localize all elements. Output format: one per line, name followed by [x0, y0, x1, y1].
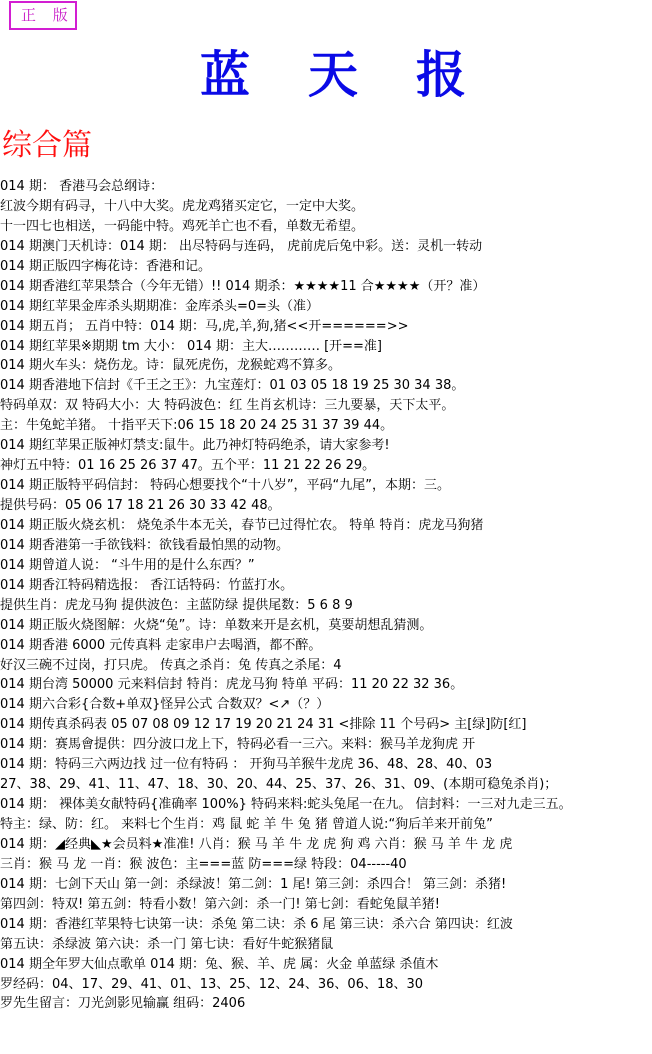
text-line: 27、38、29、41、11、47、18、30、20、44、25、37、26、3…: [0, 775, 652, 795]
text-line: 神灯五中特：01 16 25 26 37 47。五个平：11 21 22 26 …: [0, 456, 652, 476]
article-body: 014 期： 香港马会总纲诗： 红波今期有码寻，十八中大奖。虎龙鸡猪买定它，一定…: [0, 177, 652, 1014]
text-line: 提供生肖：虎龙马狗 提供波色：主蓝防绿 提供尾数：5 6 8 9: [0, 596, 652, 616]
text-line: 014 期五肖； 五肖中特：014 期：马,虎,羊,狗,猪<<开======>>: [0, 317, 652, 337]
text-line: 014 期香港地下信封《千王之王》：九宝莲灯：01 03 05 18 19 25…: [0, 376, 652, 396]
text-line: 014 期：特码三六两边找 过一位有特码 ： 开狗马羊猴牛龙虎 36、48、28…: [0, 755, 652, 775]
text-line: 014 期：赛馬會提供：四分波口龙上下，特码必看一三六。来料：猴马羊龙狗虎 开: [0, 735, 652, 755]
text-line: 014 期正版火烧玄机： 烧兔杀牛本无关，春节已过得忙农。 特单 特肖：虎龙马狗…: [0, 516, 652, 536]
text-line: 提供号码：05 06 17 18 21 26 30 33 42 48。: [0, 496, 652, 516]
section-title: 综合篇: [2, 126, 92, 166]
title-char-2: 天: [308, 45, 358, 105]
text-line: 014 期香港 6000 元传真料 走家串户去喝酒，都不醉。: [0, 636, 652, 656]
text-line: 014 期六合彩{合数+单双}怪异公式 合数双？<↗（？）: [0, 695, 652, 715]
text-line: 好汉三碗不过岗，打只虎。 传真之杀肖：兔 传真之杀尾：4: [0, 656, 652, 676]
text-line: 014 期香江特码精选报： 香江话特码：竹蓝打水。: [0, 576, 652, 596]
text-line: 014 期火车头：烧伤龙。诗：鼠死虎伤，龙猴蛇鸡不算多。: [0, 356, 652, 376]
text-line: 主：牛兔蛇羊猪。 十指平天下:06 15 18 20 24 25 31 37 3…: [0, 416, 652, 436]
title-char-3: 报: [416, 45, 466, 105]
title-char-1: 蓝: [200, 45, 250, 105]
text-line: 红波今期有码寻，十八中大奖。虎龙鸡猪买定它，一定中大奖。: [0, 197, 652, 217]
text-line: 014 期红苹果金库杀头期期准：金库杀头=0=头（准）: [0, 297, 652, 317]
text-line: 特码单双：双 特码大小：大 特码波色：红 生肖玄机诗：三九要暴，天下太平。: [0, 396, 652, 416]
text-line: 014 期曾道人说： “斗牛用的是什么东西？”: [0, 556, 652, 576]
text-line: 特主：绿、防：红。 来料七个生肖：鸡 鼠 蛇 羊 牛 兔 猪 曾道人说:“狗后羊…: [0, 815, 652, 835]
text-line: 第五诀：杀绿波 第六诀：杀一门 第七诀：看好牛蛇猴猪鼠: [0, 935, 652, 955]
text-line: 014 期香港红苹果禁合（今年无错）!! 014 期杀：★★★★11 合★★★★…: [0, 277, 652, 297]
text-line: 014 期：◢经典◣★会员料★准准! 八肖：猴 马 羊 牛 龙 虎 狗 鸡 六肖…: [0, 835, 652, 855]
newspaper-title: 蓝 天 报: [0, 45, 652, 105]
text-line: 014 期香港第一手欲钱料：欲钱看最怕黑的动物。: [0, 536, 652, 556]
text-line: 014 期正版特平码信封： 特码心想要找个“十八岁”，平码“九尾”，本期：三。: [0, 476, 652, 496]
text-line: 014 期台湾 50000 元来料信封 特肖：虎龙马狗 特单 平码：11 20 …: [0, 675, 652, 695]
text-line: 罗先生留言：刀光剑影见输赢 组码：2406: [0, 994, 652, 1014]
text-line: 014 期： 香港马会总纲诗：: [0, 177, 652, 197]
text-line: 014 期红苹果※期期 tm 大小： 014 期：主大………… [开==准]: [0, 337, 652, 357]
authentic-edition-badge: 正 版: [9, 1, 77, 30]
text-line: 014 期澳门天机诗：014 期： 出尽特码与连码， 虎前虎后兔中彩。送：灵机一…: [0, 237, 652, 257]
text-line: 三肖：猴 马 龙 一肖：猴 波色：主===蓝 防===绿 特段：04-----4…: [0, 855, 652, 875]
text-line: 014 期：七剑下天山 第一剑：杀绿波！第二剑：1 尾! 第三剑：杀四合！ 第三…: [0, 875, 652, 895]
text-line: 十一四七也相送，一码能中特。鸡死羊亡也不看，单数无希望。: [0, 217, 652, 237]
text-line: 014 期传真杀码表 05 07 08 09 12 17 19 20 21 24…: [0, 715, 652, 735]
text-line: 014 期红苹果正版神灯禁支:鼠牛。此乃神灯特码绝杀，请大家参考!: [0, 436, 652, 456]
text-line: 014 期： 裸体美女献特码{准确率 100%} 特码来料:蛇头兔尾一在九。 信…: [0, 795, 652, 815]
text-line: 罗经码：04、17、29、41、01、13、25、12、24、36、06、18、…: [0, 975, 652, 995]
text-line: 014 期正版火烧图解：火烧“兔”。诗：单数来开是玄机，莫要胡想乱猜测。: [0, 616, 652, 636]
text-line: 第四剑：特双! 第五剑：特看小数！第六剑：杀一门! 第七剑：看蛇兔鼠羊猪!: [0, 895, 652, 915]
text-line: 014 期正版四字梅花诗：香港和记。: [0, 257, 652, 277]
text-line: 014 期：香港红苹果特七诀第一诀：杀兔 第二诀：杀 6 尾 第三诀：杀六合 第…: [0, 915, 652, 935]
text-line: 014 期全年罗大仙点歌单 014 期：兔、猴、羊、虎 属：火金 单蓝绿 杀值木: [0, 955, 652, 975]
